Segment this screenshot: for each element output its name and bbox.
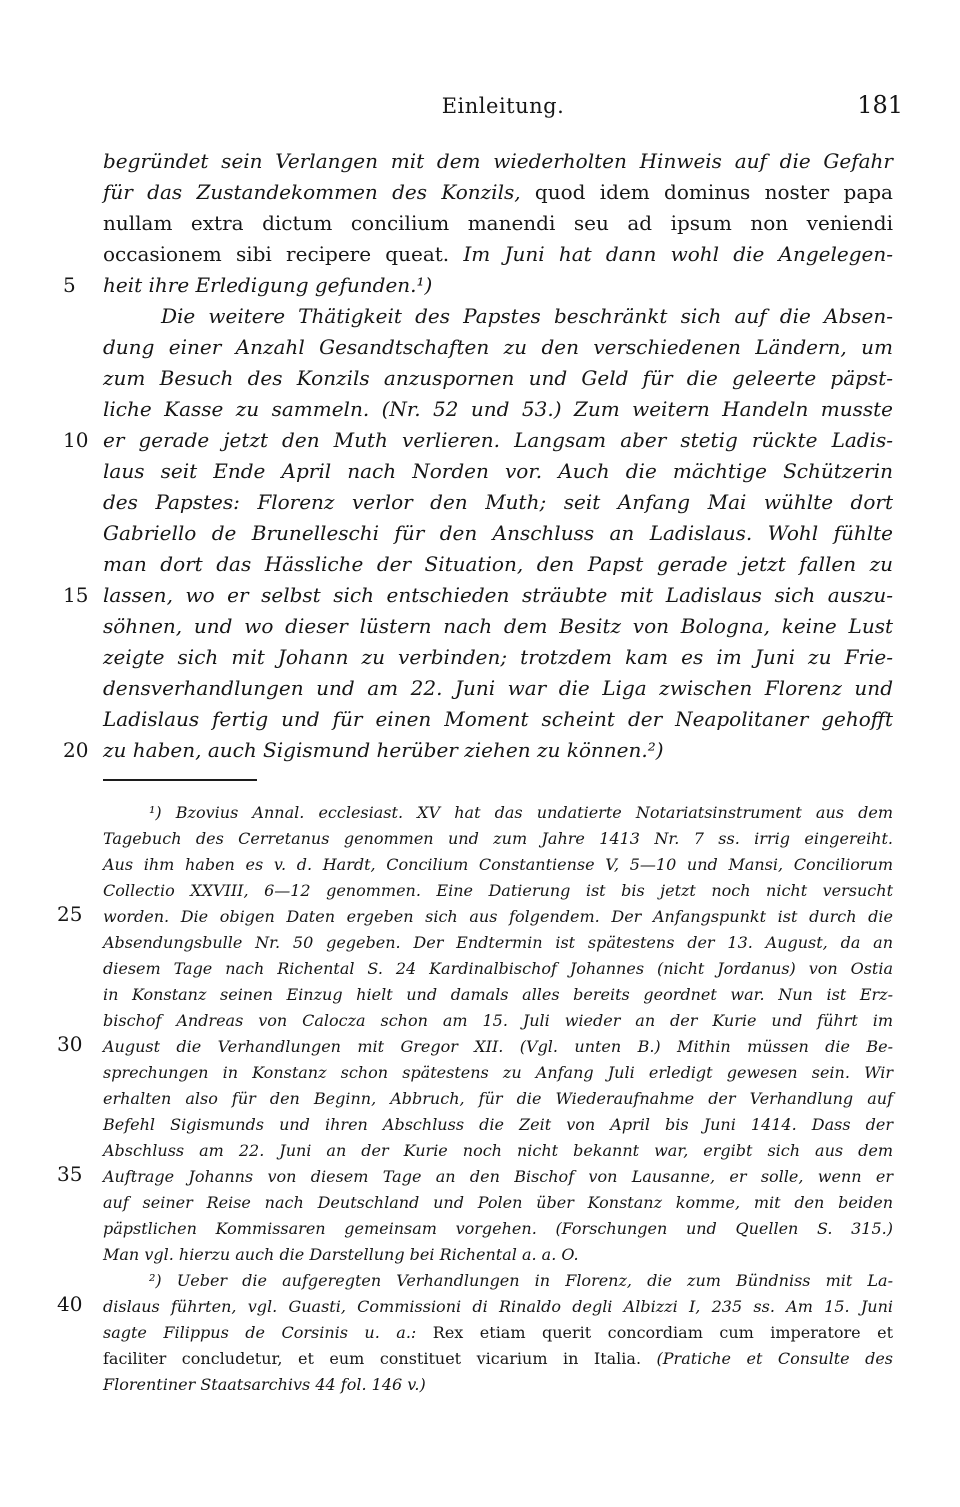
text-line: Absendungsbulle Nr. 50 gegeben. Der Endt… [103,930,893,956]
latin-text-segment: occasionem sibi recipere queat. [103,242,449,266]
german-text-segment: ²) Ueber die aufgeregten Verhandlungen i… [149,1271,893,1290]
text-line: Ladislaus fertig und für einen Moment sc… [103,704,893,735]
text-line: ¹) Bzovius Annal. ecclesiast. XV hat das… [103,800,893,826]
text-line: Die weitere Thätigkeit des Papstes besch… [103,301,893,332]
margin-line-number: 30 [57,1031,82,1057]
text-line: sagte Filippus de Corsinis u. a.: Rex et… [103,1320,893,1346]
text-line: auf seiner Reise nach Deutschland und Po… [103,1190,893,1216]
text-line: 5heit ihre Erledigung gefunden.¹) [103,270,893,301]
text-line: dung einer Anzahl Gesandtschaften zu den… [103,332,893,363]
german-text-segment: ¹) Bzovius Annal. ecclesiast. XV hat das… [149,803,893,822]
margin-line-number: 15 [63,580,88,611]
german-text-segment: Man vgl. hierzu auch die Darstellung bei… [103,1245,579,1264]
german-text-segment: (Pratiche et Consulte des [657,1349,893,1368]
german-text-segment: Tagebuch des Cerretanus genommen und zum… [103,829,893,848]
german-text-segment: diesem Tage nach Richental S. 24 Kardina… [103,959,893,978]
margin-line-number: 35 [57,1161,82,1187]
german-text-segment: Ladislaus fertig und für einen Moment sc… [103,707,893,731]
text-line: Collectio XXVIII, 6—12 genommen. Eine Da… [103,878,893,904]
text-line: 10er gerade jetzt den Muth verlieren. La… [103,425,893,456]
latin-text-segment: nullam extra dictum concilium manendi se… [103,211,893,235]
margin-line-number: 25 [57,901,82,927]
text-line: erhalten also für den Beginn, Abbruch, f… [103,1086,893,1112]
text-line: densverhandlungen und am 22. Juni war di… [103,673,893,704]
text-line: Florentiner Staatsarchivs 44 fol. 146 v.… [103,1372,893,1398]
text-line: Abschluss am 22. Juni an der Kurie noch … [103,1138,893,1164]
german-text-segment: päpstlichen Kommissaren gemeinsam vorgeh… [103,1219,893,1238]
german-text-segment: Auftrage Johanns von diesem Tage an den … [103,1167,893,1186]
german-text-segment: Absendungsbulle Nr. 50 gegeben. Der Endt… [103,933,893,952]
german-text-segment: liche Kasse zu sammeln. (Nr. 52 und 53.)… [103,397,893,421]
german-text-segment: er gerade jetzt den Muth verlieren. Lang… [103,428,893,452]
german-text-segment: bischof Andreas von Calocza schon am 15.… [103,1011,893,1030]
page-number: 181 [857,91,903,119]
text-line: zum Besuch des Konzils anzuspornen und G… [103,363,893,394]
text-line: Tagebuch des Cerretanus genommen und zum… [103,826,893,852]
scanned-book-page: Einleitung. 181 begründet sein Verlangen… [0,0,960,1507]
latin-text-segment: Rex etiam querit concordiam cum imperato… [433,1323,893,1342]
german-text-segment: sagte Filippus de Corsinis u. a.: [103,1323,433,1342]
margin-line-number: 10 [63,425,88,456]
text-line: Aus ihm haben es v. d. Hardt, Concilium … [103,852,893,878]
text-line: sprechungen in Konstanz schon spätestens… [103,1060,893,1086]
german-text-segment: worden. Die obigen Daten ergeben sich au… [103,907,893,926]
text-line: Man vgl. hierzu auch die Darstellung bei… [103,1242,893,1268]
text-line: päpstlichen Kommissaren gemeinsam vorgeh… [103,1216,893,1242]
text-line: söhnen, und wo dieser lüstern nach dem B… [103,611,893,642]
margin-line-number: 20 [63,735,88,766]
main-text-block: begründet sein Verlangen mit dem wiederh… [103,146,893,766]
german-text-segment: begründet sein Verlangen mit dem wiederh… [103,149,893,173]
german-text-segment: des Papstes: Florenz verlor den Muth; se… [103,490,893,514]
text-line: Gabriello de Brunelleschi für den Anschl… [103,518,893,549]
footnotes-block: ¹) Bzovius Annal. ecclesiast. XV hat das… [103,800,893,1398]
german-text-segment: Gabriello de Brunelleschi für den Anschl… [103,521,893,545]
text-line: 20zu haben, auch Sigismund herüber ziehe… [103,735,893,766]
german-text-segment: August die Verhandlungen mit Gregor XII.… [103,1037,893,1056]
text-line: liche Kasse zu sammeln. (Nr. 52 und 53.)… [103,394,893,425]
german-text-segment: zu haben, auch Sigismund herüber ziehen … [103,738,664,762]
german-text-segment: zum Besuch des Konzils anzuspornen und G… [103,366,893,390]
german-text-segment: lassen, wo er selbst sich entschieden st… [103,583,893,607]
german-text-segment: Die weitere Thätigkeit des Papstes besch… [161,304,893,328]
german-text-segment: erhalten also für den Beginn, Abbruch, f… [103,1089,893,1108]
text-line: 25worden. Die obigen Daten ergeben sich … [103,904,893,930]
running-head-title: Einleitung. [442,94,565,118]
german-text-segment: densverhandlungen und am 22. Juni war di… [103,676,893,700]
text-line: 15lassen, wo er selbst sich entschieden … [103,580,893,611]
text-line: 40dislaus führten, vgl. Guasti, Commissi… [103,1294,893,1320]
text-line: Befehl Sigismunds und ihren Abschluss di… [103,1112,893,1138]
german-text-segment: zeigte sich mit Johann zu verbinden; tro… [103,645,893,669]
text-line: laus seit Ende April nach Norden vor. Au… [103,456,893,487]
german-text-segment: man dort das Hässliche der Situation, de… [103,552,893,576]
german-text-segment: sprechungen in Konstanz schon spätestens… [103,1063,893,1082]
text-line: faciliter concludetur, et eum constituet… [103,1346,893,1372]
footnote-separator [103,779,257,781]
text-line: für das Zustandekommen des Konzils, quod… [103,177,893,208]
text-line: zeigte sich mit Johann zu verbinden; tro… [103,642,893,673]
german-text-segment: Im Juni hat dann wohl die Angelegen- [449,242,893,266]
german-text-segment: in Konstanz seinen Einzug hielt und dama… [103,985,893,1004]
german-text-segment: dung einer Anzahl Gesandtschaften zu den… [103,335,893,359]
text-line: in Konstanz seinen Einzug hielt und dama… [103,982,893,1008]
text-line: des Papstes: Florenz verlor den Muth; se… [103,487,893,518]
text-line: 35Auftrage Johanns von diesem Tage an de… [103,1164,893,1190]
text-line: begründet sein Verlangen mit dem wiederh… [103,146,893,177]
german-text-segment: Aus ihm haben es v. d. Hardt, Concilium … [103,855,893,874]
text-line: bischof Andreas von Calocza schon am 15.… [103,1008,893,1034]
german-text-segment: Florentiner Staatsarchivs 44 fol. 146 v.… [103,1375,426,1394]
margin-line-number: 40 [57,1291,82,1317]
latin-text-segment: quod idem dominus noster papa [521,180,893,204]
text-line: ²) Ueber die aufgeregten Verhandlungen i… [103,1268,893,1294]
german-text-segment: laus seit Ende April nach Norden vor. Au… [103,459,893,483]
text-line: nullam extra dictum concilium manendi se… [103,208,893,239]
german-text-segment: Befehl Sigismunds und ihren Abschluss di… [103,1115,893,1134]
text-line: diesem Tage nach Richental S. 24 Kardina… [103,956,893,982]
text-line: 30August die Verhandlungen mit Gregor XI… [103,1034,893,1060]
latin-text-segment: faciliter concludetur, et eum constituet… [103,1349,657,1368]
text-line: occasionem sibi recipere queat. Im Juni … [103,239,893,270]
text-line: man dort das Hässliche der Situation, de… [103,549,893,580]
german-text-segment: für das Zustandekommen des Konzils, [103,180,521,204]
german-text-segment: dislaus führten, vgl. Guasti, Commission… [103,1297,893,1316]
page-header: Einleitung. 181 [103,94,903,124]
margin-line-number: 5 [63,270,76,301]
german-text-segment: heit ihre Erledigung gefunden.¹) [103,273,432,297]
german-text-segment: Collectio XXVIII, 6—12 genommen. Eine Da… [103,881,893,900]
german-text-segment: auf seiner Reise nach Deutschland und Po… [103,1193,893,1212]
german-text-segment: Abschluss am 22. Juni an der Kurie noch … [103,1141,893,1160]
german-text-segment: söhnen, und wo dieser lüstern nach dem B… [103,614,893,638]
